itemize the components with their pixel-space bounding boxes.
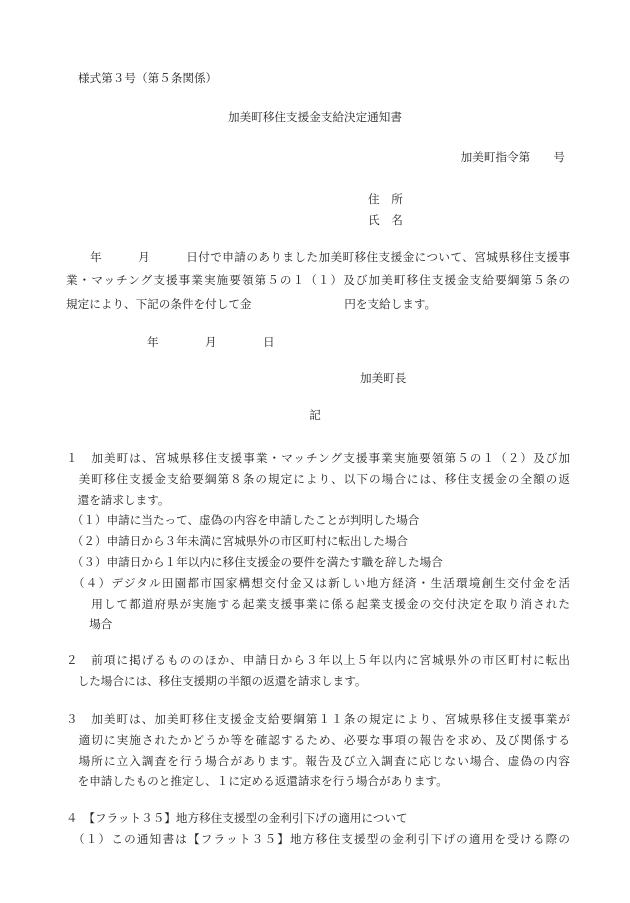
item-line: （４）デジタル田園都市国家構想交付金又は新しい地方経済・生活環境創生交付金を活 bbox=[66, 573, 570, 594]
form-number: 様式第３号（第５条関係） bbox=[78, 68, 217, 88]
item-line: 美町移住支援金支給要綱第８条の規定により、以下の場合には、移住支援金の全額の返 bbox=[66, 469, 570, 490]
item-line: （１）この通知書は【フラット３５】地方移住支援型の金利引下げの適用を受ける際の bbox=[66, 829, 570, 850]
paragraph-line: 年 月 日付で申請のありました加美町移住支援金について、宮城県移住支援事 bbox=[66, 246, 570, 269]
item-line: した場合には、移住支援期の半額の返還を請求します。 bbox=[66, 671, 570, 692]
item-line: 場合 bbox=[66, 614, 570, 635]
item-4: ４ 【フラット３５】地方移住支援型の金利引下げの適用について （１）この通知書は… bbox=[66, 808, 570, 850]
recipient-name-label: 氏 名 bbox=[368, 210, 403, 231]
item-1: １ 加美町は、宮城県移住支援事業・マッチング支援事業実施要領第５の１（２）及び加… bbox=[66, 448, 570, 635]
directive-number: 加美町指令第 号 bbox=[461, 147, 565, 167]
ki-marker: 記 bbox=[0, 405, 630, 425]
item-line: ２ 前項に掲げるもののほか、申請日から３年以上５年以内に宮城県外の市区町村に転出 bbox=[66, 650, 570, 671]
item-line: １ 加美町は、宮城県移住支援事業・マッチング支援事業実施要領第５の１（２）及び加 bbox=[66, 448, 570, 469]
paragraph-line: 規定により、下記の条件を付して金 円を支給します。 bbox=[66, 293, 570, 316]
item-line: 場所に立入調査を行う場合があります。報告及び立入調査に応じない場合、虚偽の内容 bbox=[66, 751, 570, 772]
item-line: 適切に実施されたかどうか等を確認するため、必要な事項の報告を求め、及び関係する bbox=[66, 730, 570, 751]
recipient-block: 住 所 氏 名 bbox=[368, 189, 403, 231]
item-3: ３ 加美町は、加美町移住支援金支給要綱第１１条の規定により、宮城県移住支援事業が… bbox=[66, 709, 570, 792]
item-line: （２）申請日から３年未満に宮城県外の市区町村に転出した場合 bbox=[66, 531, 570, 552]
issuer-name: 加美町長 bbox=[360, 368, 406, 388]
notice-document-page: 様式第３号（第５条関係） 加美町移住支援金支給決定通知書 加美町指令第 号 住 … bbox=[0, 0, 630, 903]
item-line: 還を請求します。 bbox=[66, 490, 570, 511]
item-line: ４ 【フラット３５】地方移住支援型の金利引下げの適用について bbox=[66, 808, 570, 829]
item-line: ３ 加美町は、加美町移住支援金支給要綱第１１条の規定により、宮城県移住支援事業が bbox=[66, 709, 570, 730]
date-line: 年 月 日 bbox=[147, 332, 275, 352]
item-line: 用して都道府県が実施する起業支援事業に係る起業支援金の交付決定を取り消された bbox=[66, 594, 570, 615]
recipient-address-label: 住 所 bbox=[368, 189, 403, 210]
opening-paragraph: 年 月 日付で申請のありました加美町移住支援金について、宮城県移住支援事 業・マ… bbox=[66, 246, 570, 316]
page-title: 加美町移住支援金支給決定通知書 bbox=[0, 107, 630, 127]
item-line: （３）申請日から１年以内に移住支援金の要件を満たす職を辞した場合 bbox=[66, 552, 570, 573]
item-2: ２ 前項に掲げるもののほか、申請日から３年以上５年以内に宮城県外の市区町村に転出… bbox=[66, 650, 570, 692]
item-line: （１）申請に当たって、虚偽の内容を申請したことが判明した場合 bbox=[66, 510, 570, 531]
paragraph-line: 業・マッチング支援事業実施要領第５の１（１）及び加美町移住支援金支給要綱第５条の bbox=[66, 269, 570, 292]
item-line: を申請したものと推定し、１に定める返還請求を行う場合があります。 bbox=[66, 771, 570, 792]
